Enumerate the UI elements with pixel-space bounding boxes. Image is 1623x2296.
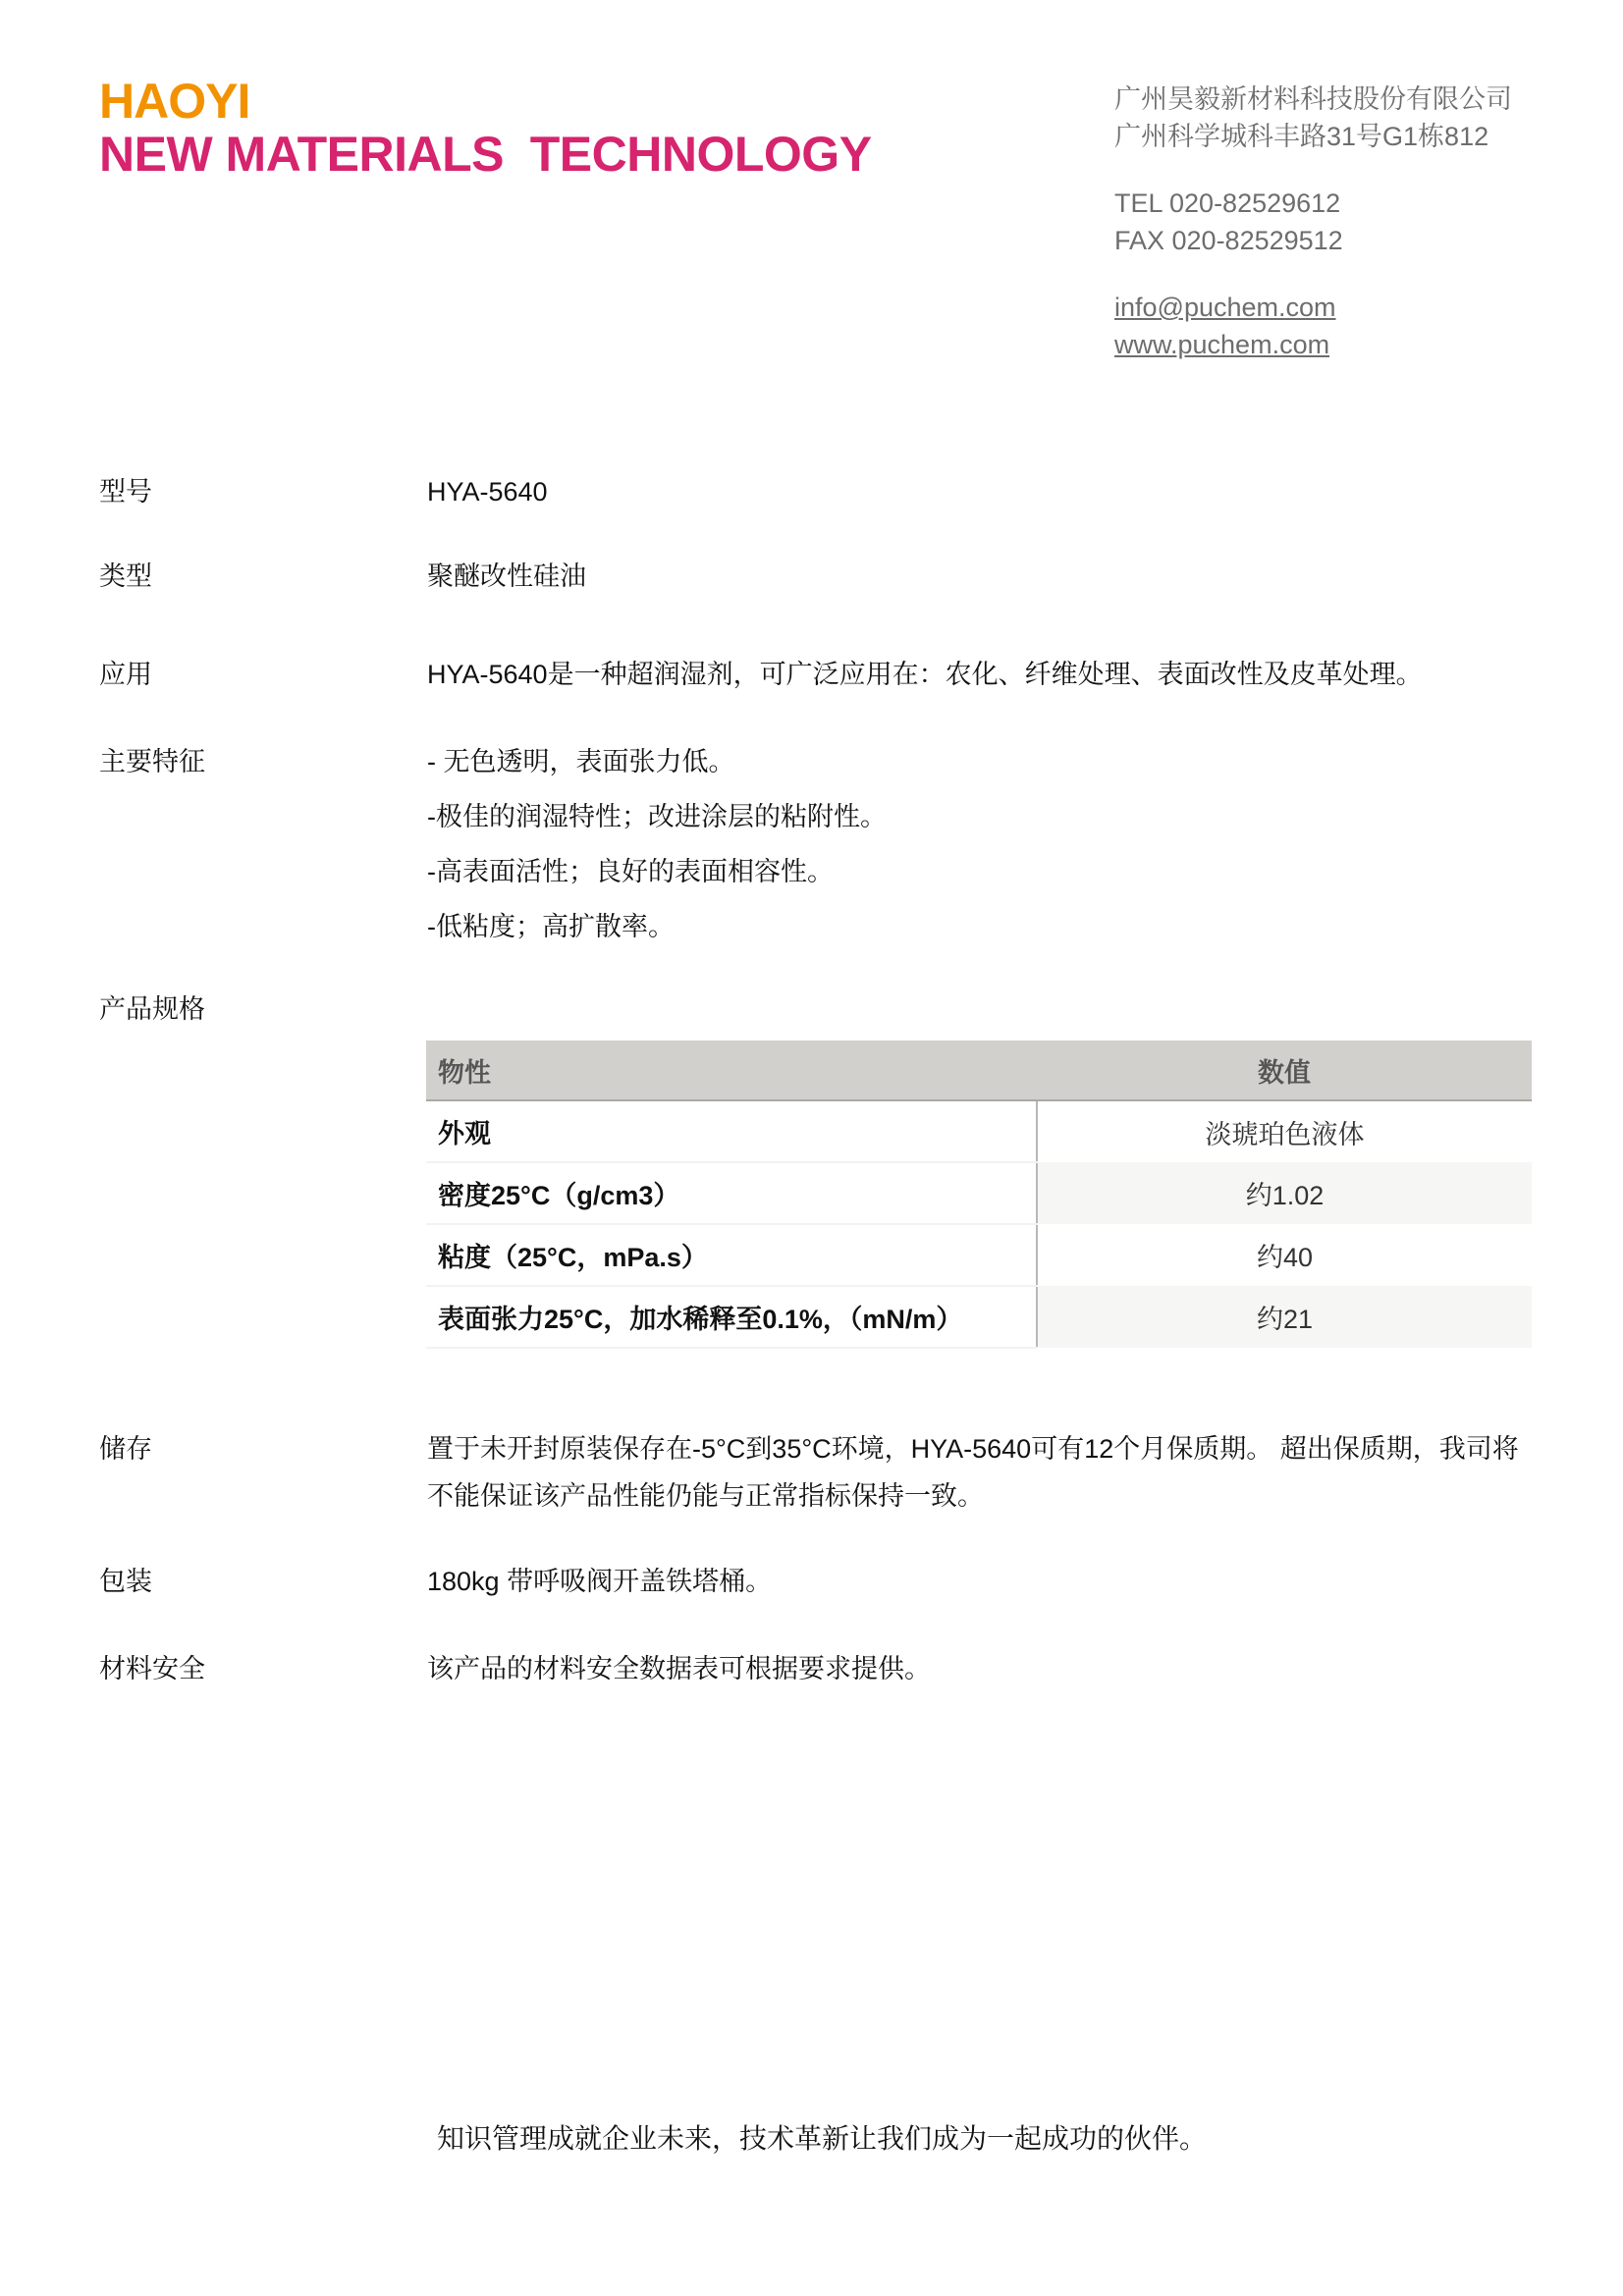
field-label: 储存 [99, 1432, 152, 1466]
field-value: HYA-5640 [427, 475, 1533, 508]
company-address: 广州科学城科丰路31号G1栋812 [1114, 118, 1512, 155]
table-header-row: 物性 数值 [426, 1041, 1532, 1100]
property-cell: 粘度（25°C，mPa.s） [426, 1224, 1037, 1286]
company-name: 广州昊毅新材料科技股份有限公司 [1114, 80, 1512, 118]
value-cell: 约21 [1037, 1286, 1532, 1348]
field-label: 材料安全 [99, 1652, 205, 1685]
brand-tagline: NEW MATERIALS TECHNOLOGY [99, 130, 872, 179]
property-cell: 表面张力25°C，加水稀释至0.1%，（mN/m） [426, 1286, 1037, 1348]
field-label: 应用 [99, 658, 152, 691]
column-header-value: 数值 [1037, 1041, 1532, 1100]
contact-block: 广州昊毅新材料科技股份有限公司 广州科学城科丰路31号G1栋812 TEL 02… [1114, 80, 1512, 363]
column-header-property: 物性 [426, 1041, 1037, 1100]
field-value: HYA-5640是一种超润湿剂，可广泛应用在：农化、纤维处理、表面改性及皮革处理… [427, 658, 1533, 691]
email-link[interactable]: info@puchem.com [1114, 289, 1512, 326]
value-cell: 约40 [1037, 1224, 1532, 1286]
feature-item: -低粘度；高扩散率。 [427, 910, 1533, 943]
feature-item: -极佳的润湿特性；改进涂层的粘附性。 [427, 800, 1533, 833]
spec-table: 物性 数值 外观 淡琥珀色液体 密度25°C（g/cm3） 约1.02 粘度（2… [426, 1041, 1532, 1349]
table-row: 外观 淡琥珀色液体 [426, 1100, 1532, 1162]
field-label: 型号 [99, 475, 152, 508]
company-logo: HAOYI NEW MATERIALS TECHNOLOGY [99, 77, 872, 179]
field-value: 180kg 带呼吸阀开盖铁塔桶。 [427, 1565, 1533, 1598]
value-cell: 约1.02 [1037, 1162, 1532, 1224]
value-cell: 淡琥珀色液体 [1037, 1100, 1532, 1162]
table-row: 密度25°C（g/cm3） 约1.02 [426, 1162, 1532, 1224]
property-cell: 外观 [426, 1100, 1037, 1162]
feature-list: - 无色透明，表面张力低。 -极佳的润湿特性；改进涂层的粘附性。 -高表面活性；… [427, 745, 1533, 965]
table-row: 表面张力25°C，加水稀释至0.1%，（mN/m） 约21 [426, 1286, 1532, 1348]
footer-slogan: 知识管理成就企业未来，技术革新让我们成为一起成功的伙伴。 [437, 2117, 1207, 2157]
fax: FAX 020-82529512 [1114, 222, 1512, 259]
field-label: 包装 [99, 1565, 152, 1598]
field-label: 类型 [99, 560, 152, 593]
field-value: 置于未开封原装保存在-5°C到35°C环境，HYA-5640可有12个月保质期。… [427, 1425, 1533, 1520]
property-cell: 密度25°C（g/cm3） [426, 1162, 1037, 1224]
feature-item: -高表面活性；良好的表面相容性。 [427, 855, 1533, 888]
field-label: 主要特征 [99, 745, 205, 778]
feature-item: - 无色透明，表面张力低。 [427, 745, 1533, 778]
field-label: 产品规格 [99, 992, 205, 1026]
brand-name: HAOYI [99, 77, 872, 126]
table-row: 粘度（25°C，mPa.s） 约40 [426, 1224, 1532, 1286]
field-value: 聚醚改性硅油 [427, 560, 1533, 593]
field-value: 该产品的材料安全数据表可根据要求提供。 [427, 1652, 1533, 1685]
website-link[interactable]: www.puchem.com [1114, 326, 1512, 363]
telephone: TEL 020-82529612 [1114, 185, 1512, 222]
